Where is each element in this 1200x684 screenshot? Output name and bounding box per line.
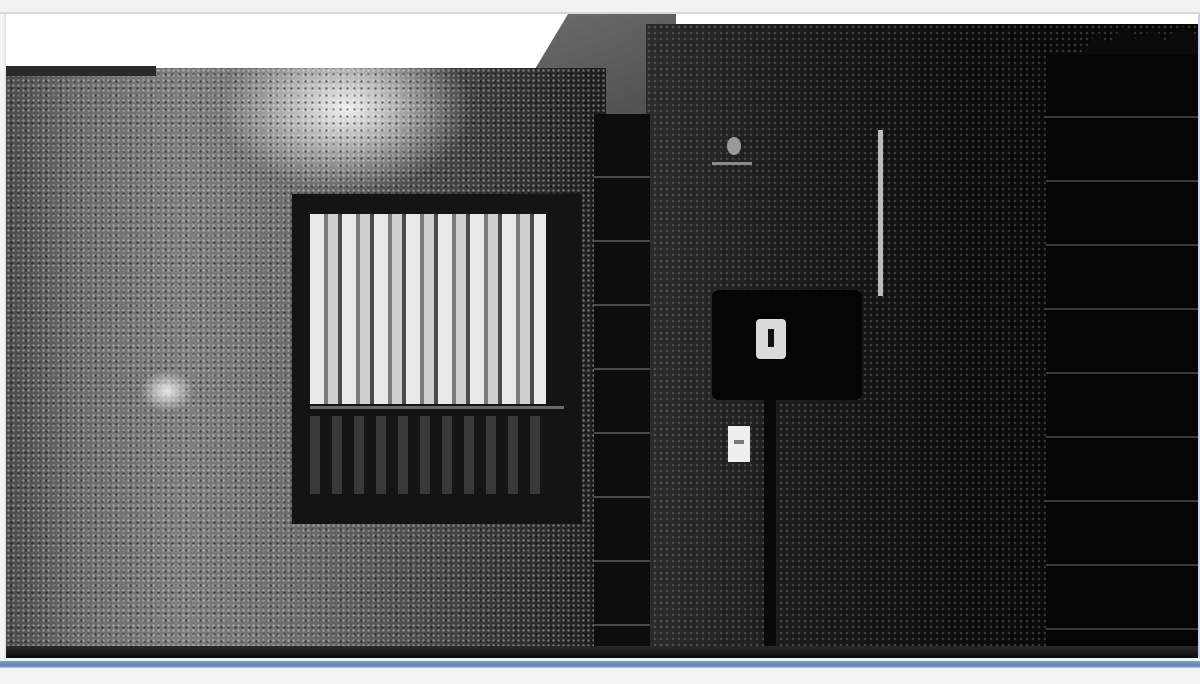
viewer-bottom-bar bbox=[0, 658, 1200, 668]
window-glass-bars bbox=[310, 214, 546, 404]
house-number-bar bbox=[712, 162, 752, 165]
barred-window bbox=[292, 194, 582, 524]
light-switch-plate bbox=[728, 426, 750, 462]
left-roof-edge bbox=[6, 66, 156, 76]
bottom-frame-strip bbox=[0, 668, 1200, 684]
ground-edge bbox=[6, 646, 1198, 658]
meter-box bbox=[712, 290, 862, 400]
wall-light-spot bbox=[140, 370, 194, 412]
top-frame-strip bbox=[0, 0, 1200, 14]
window-sill-bar bbox=[310, 406, 564, 409]
window-lower-bars bbox=[310, 416, 546, 494]
photo-viewer bbox=[4, 14, 1200, 658]
conduit-pipe bbox=[764, 400, 776, 658]
electric-meter-icon bbox=[756, 319, 786, 359]
vertical-rod bbox=[878, 130, 883, 296]
garage-door-panel bbox=[1046, 54, 1198, 658]
pillar-brick-lines bbox=[594, 114, 650, 658]
house-number-plate bbox=[727, 137, 741, 155]
